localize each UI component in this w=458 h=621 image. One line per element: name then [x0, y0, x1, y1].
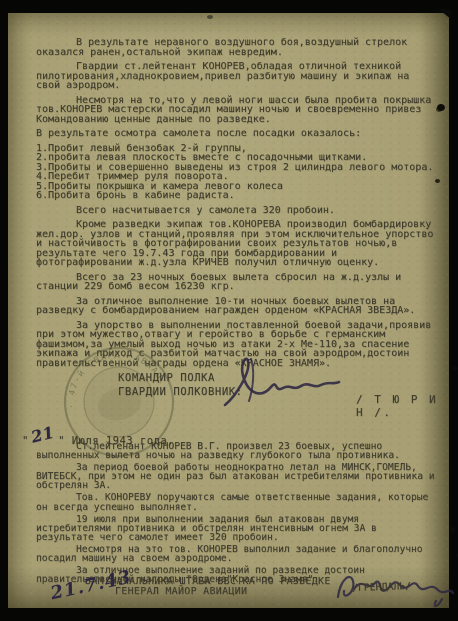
- damage-list-item: 6.Пробита бронь в кабине радиста.: [36, 191, 439, 201]
- paragraph-landing: Несмотря на то,что у левой ноги шасси бы…: [36, 96, 439, 125]
- paper-sheet: В результате неравного воздушного боя,во…: [8, 13, 449, 608]
- damage-list: 1.Пробит левый бензобак 2-й группы, 2.пр…: [36, 144, 439, 201]
- paragraph-bombing: Кроме разведки экипаж тов.КОНОРЕВА произ…: [36, 220, 439, 268]
- ink-speck: [437, 104, 445, 111]
- ink-speck: [452, 366, 458, 371]
- paragraph-assignments: Тов. КОНОРЕВУ поручаются самые ответстве…: [36, 493, 439, 511]
- tyurin-handwritten-signature: [221, 349, 343, 417]
- ink-speck: [435, 179, 440, 183]
- paragraph-total-holes: Всего насчитывается у самолета 320 пробо…: [36, 206, 439, 216]
- scan-corner-artifact: [437, 8, 452, 18]
- paragraph-safe-landing: Несмотря на это тов. КОНОРЕВ выполнил за…: [36, 545, 439, 563]
- paragraph-sorties: Всего за 23 ночных боевых вылета сбросил…: [36, 273, 439, 292]
- paragraph-targets: За период боевой работы неоднократно лет…: [36, 463, 439, 490]
- paragraph-air-battle: В результате неравного воздушного боя,во…: [36, 38, 439, 57]
- report-top: В результате неравного воздушного боя,во…: [8, 13, 449, 373]
- commander-name: / Т Ю Р И Н /.: [356, 393, 449, 419]
- paragraph-inspection-intro: В результате осмотра самолета после поса…: [36, 129, 439, 139]
- ink-speck: [450, 527, 455, 532]
- paragraph-july19-attack: 19 июля при выполнении задания был атако…: [36, 515, 439, 542]
- scanned-document-page: В результате неравного воздушного боя,во…: [0, 0, 458, 621]
- paragraph-sortie-count: Ст.лейтенант КОНОРЕВ В.Г. произвел 23 бо…: [36, 442, 439, 460]
- deputy-chief-rank: ГЕНЕРАЛ МАЙОР АВИАЦИИ: [115, 587, 331, 597]
- paragraph-red-star: За отличное выполнение 10-ти ночных боев…: [36, 297, 439, 316]
- ink-speck: [207, 15, 213, 19]
- deputy-chief-name: /ГРЕНДАЛЬ/: [352, 581, 411, 594]
- paragraph-pilot-skill: Гвардии ст.лейтенант КОНОРЕВ,обладая отл…: [36, 62, 439, 91]
